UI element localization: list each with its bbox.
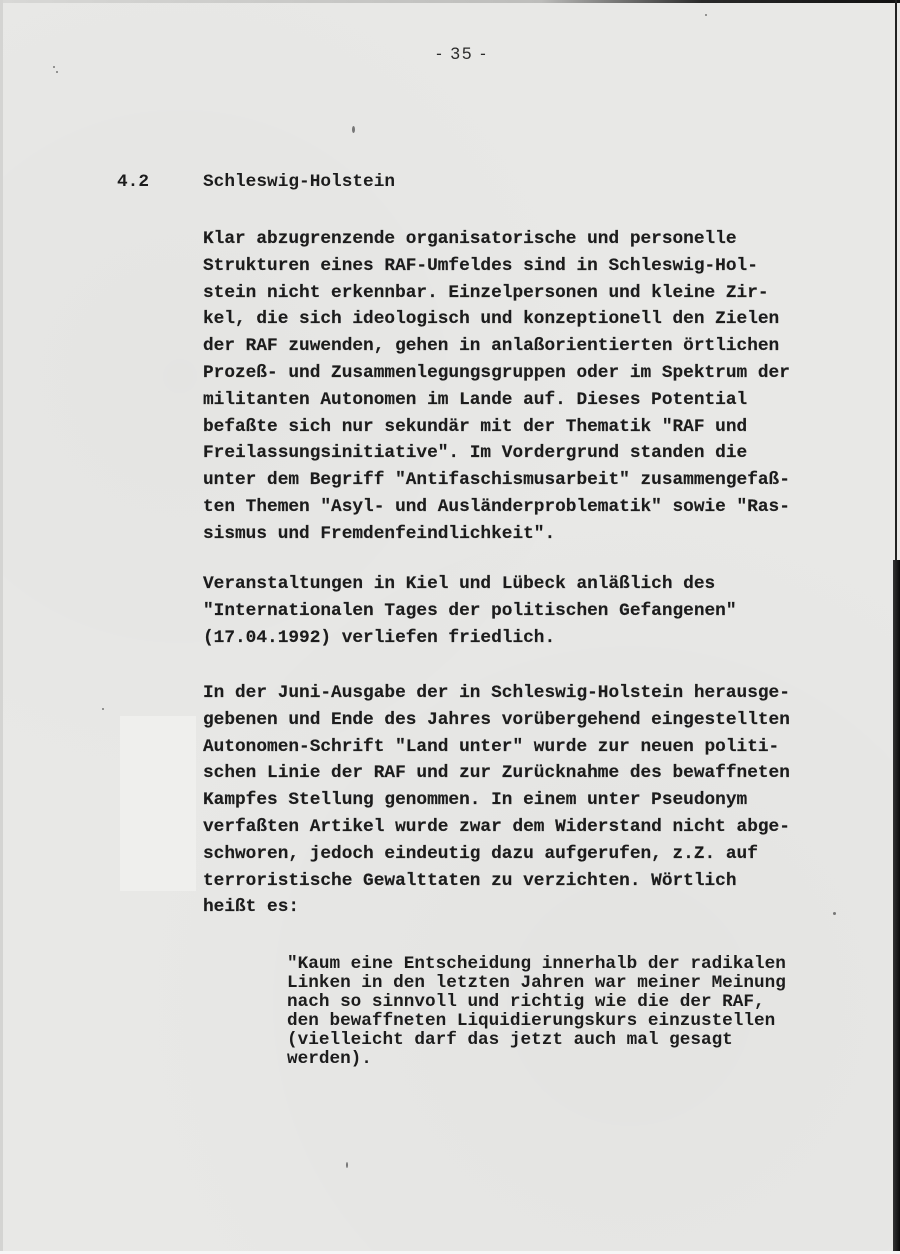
scan-speck bbox=[102, 708, 104, 710]
text-line: werden). bbox=[287, 1050, 786, 1069]
scan-speck bbox=[833, 912, 836, 915]
text-line: schworen, jedoch eindeutig dazu aufgeruf… bbox=[203, 841, 790, 868]
page-number: - 35 - bbox=[12, 44, 900, 64]
text-line: gebenen und Ende des Jahres vorübergehen… bbox=[203, 707, 790, 734]
section-title: Schleswig-Holstein bbox=[203, 172, 395, 192]
section-number: 4.2 bbox=[117, 172, 149, 192]
text-line: heißt es: bbox=[203, 894, 790, 921]
text-line: militanten Autonomen im Lande auf. Diese… bbox=[203, 387, 790, 414]
scan-right-edge-shadow bbox=[893, 560, 900, 1254]
text-line: terroristische Gewalttaten zu verzichten… bbox=[203, 868, 790, 895]
scan-speck bbox=[705, 14, 707, 16]
scan-artifact-patch bbox=[120, 716, 196, 891]
text-line: schen Linie der RAF und zur Zurücknahme … bbox=[203, 760, 790, 787]
text-line: ten Themen "Asyl- und Ausländerproblemat… bbox=[203, 494, 790, 521]
scan-left-edge bbox=[0, 0, 3, 1254]
text-line: "Internationalen Tages der politischen G… bbox=[203, 598, 737, 625]
scan-speck bbox=[56, 71, 58, 73]
text-line: der RAF zuwenden, gehen in anlaßorientie… bbox=[203, 333, 790, 360]
text-line: Strukturen eines RAF-Umfeldes sind in Sc… bbox=[203, 253, 790, 280]
document-page: - 35 - 4.2 Schleswig-Holstein Klar abzug… bbox=[0, 0, 900, 1254]
text-line: verfaßten Artikel wurde zwar dem Widerst… bbox=[203, 814, 790, 841]
text-line: unter dem Begriff "Antifaschismusarbeit"… bbox=[203, 467, 790, 494]
scan-speck bbox=[53, 66, 55, 68]
text-line: kel, die sich ideologisch und konzeption… bbox=[203, 306, 790, 333]
text-line: Prozeß- und Zusammenlegungsgruppen oder … bbox=[203, 360, 790, 387]
text-line: befaßte sich nur sekundär mit der Themat… bbox=[203, 414, 790, 441]
text-line: nach so sinnvoll und richtig wie die der… bbox=[287, 993, 786, 1012]
text-line: Linken in den letzten Jahren war meiner … bbox=[287, 974, 786, 993]
text-line: den bewaffneten Liquidierungskurs einzus… bbox=[287, 1012, 786, 1031]
text-line: Autonomen-Schrift "Land unter" wurde zur… bbox=[203, 734, 790, 761]
text-line: (vielleicht darf das jetzt auch mal gesa… bbox=[287, 1031, 786, 1050]
text-line: Klar abzugrenzende organisatorische und … bbox=[203, 226, 790, 253]
paragraph-1: Klar abzugrenzende organisatorische und … bbox=[203, 226, 790, 548]
scan-top-edge bbox=[0, 0, 900, 3]
text-line: "Kaum eine Entscheidung innerhalb der ra… bbox=[287, 955, 786, 974]
paragraph-2: Veranstaltungen in Kiel und Lübeck anläß… bbox=[203, 571, 737, 651]
text-line: In der Juni-Ausgabe der in Schleswig-Hol… bbox=[203, 680, 790, 707]
text-line: Freilassungsinitiative". Im Vordergrund … bbox=[203, 440, 790, 467]
text-line: sismus und Fremdenfeindlichkeit". bbox=[203, 521, 790, 548]
text-line: Veranstaltungen in Kiel und Lübeck anläß… bbox=[203, 571, 737, 598]
text-line: Kampfes Stellung genommen. In einem unte… bbox=[203, 787, 790, 814]
scan-speck bbox=[346, 1162, 348, 1168]
text-line: (17.04.1992) verliefen friedlich. bbox=[203, 625, 737, 652]
scan-speck bbox=[352, 126, 355, 133]
text-line: stein nicht erkennbar. Einzelpersonen un… bbox=[203, 280, 790, 307]
paragraph-3: In der Juni-Ausgabe der in Schleswig-Hol… bbox=[203, 680, 790, 921]
block-quote: "Kaum eine Entscheidung innerhalb der ra… bbox=[287, 955, 786, 1069]
